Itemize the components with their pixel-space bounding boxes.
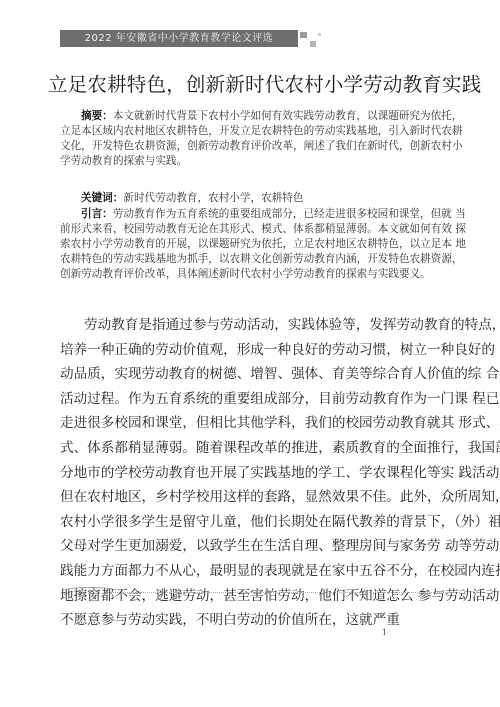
keywords-section: 关键词：新时代劳动教育，农村小学，农耕特色 [60,191,450,206]
abstract-line: 文化，开发特色农耕资源，创新劳动教育评价改革，阐述了我们在新时代，创新农村小 [60,139,450,154]
body-line: 动品质，实现劳动教育的树德、增智、强体、育美等综合育人价值的综 合性 [60,362,460,387]
body-line: 农村小学很多学生是留守儿童，他们长期处在隔代教养的背景下，（外）祖 [60,510,460,535]
intro-label: 引言： [81,208,113,220]
abstract-line: 立足本区域内农村地区农耕特色，开发立足农耕特色的劳动实践基地，引入新时代农耕 [60,124,450,139]
body-line: 但在农村地区，乡村学校用这样的套路，显然效果不佳。此外，众所周知， [60,485,460,510]
body-line: 劳动教育是指通过参与劳动活动，实践体验等，发挥劳动教育的特点， [60,313,460,338]
body-line: 父母对学生更加溺爱，以致学生在生活自理、整理房间与家务劳 动等劳动实 [60,534,460,559]
decor-square-icon [300,32,307,38]
intro-section: 引言：劳动教育作为五育系统的重要组成部分，已经走进很多校园和课堂，但就 当 前形… [60,207,450,282]
body-line: 不愿意参与劳动实践，不明白劳动的价值所在，这就严重 [60,608,460,633]
annotation-curve [60,587,120,596]
body-paragraph: 劳动教育是指通过参与劳动活动，实践体验等，发挥劳动教育的特点， 培养一种正确的劳… [60,313,460,633]
intro-line: 农耕特色的劳动实践基地为抓手，以农耕文化创新劳动教育内涵，开发特色农耕资源， [60,252,450,267]
abstract-line: 本文就新时代背景下农村小学如何有效实践劳动教育，以课题研究为依托， [113,110,463,122]
body-line: 活动过程。作为五育系统的重要组成部分，目前劳动教育作为一门课 程已经 [60,387,460,412]
body-line: 践能力方面都力不从心，最明显的表现就是在家中五谷不分，在校园内连扫 [60,559,460,584]
body-line: 式、体系都稍显薄弱。随着课程改革的推进，素质教育的全面推行，我国部 [60,436,460,461]
intro-line: 劳动教育作为五育系统的重要组成部分，已经走进很多校园和课堂，但就 当 [113,208,466,220]
decor-square-icon [310,41,316,47]
intro-line: 前形式来看，校园劳动教育无论在其形式、模式、体系都稍显薄弱。本文就如何有效 探 [60,222,450,237]
body-line: 地擦窗都不会，逃避劳动，甚至害怕劳动，他们不知道怎么 参与劳动活动， [60,584,460,609]
body-line: 走进很多校园和课堂，但相比其他学科，我们的校园劳动教育就其 形式、模 [60,411,460,436]
page-number: 1 [382,628,387,637]
journal-header-bar: 2022 年安徽省中小学教育教学论文评选 [60,30,298,47]
abstract-label: 摘要： [81,110,113,122]
abstract-line: 学劳动教育的探索与实践。 [60,154,450,169]
body-line: 培养一种正确的劳动价值观，形成一种良好的劳动习惯，树立一种良好的 劳 [60,338,460,363]
intro-line: 创新劳动教育评价改革，具体阐述新时代农村小学劳动教育的探索与实践要义。 [60,267,450,282]
paper-title: 立足农耕特色，创新新时代农村小学劳动教育实践 [48,72,468,98]
decor-square-icon [318,33,321,36]
abstract-section: 摘要：本文就新时代背景下农村小学如何有效实践劳动教育，以课题研究为依托， 立足本… [60,109,450,169]
keywords-label: 关键词： [81,192,123,204]
keywords-text: 新时代劳动教育，农村小学，农耕特色 [123,192,303,204]
intro-line: 索农村小学劳动教育的开展，以课题研究为依托，立足农村地区农耕特色，以立足本 地 [60,237,450,252]
body-line: 分地市的学校劳动教育也开展了实践基地的学工、学农课程化等实 践活动， [60,461,460,486]
dotted-divider [110,592,460,593]
